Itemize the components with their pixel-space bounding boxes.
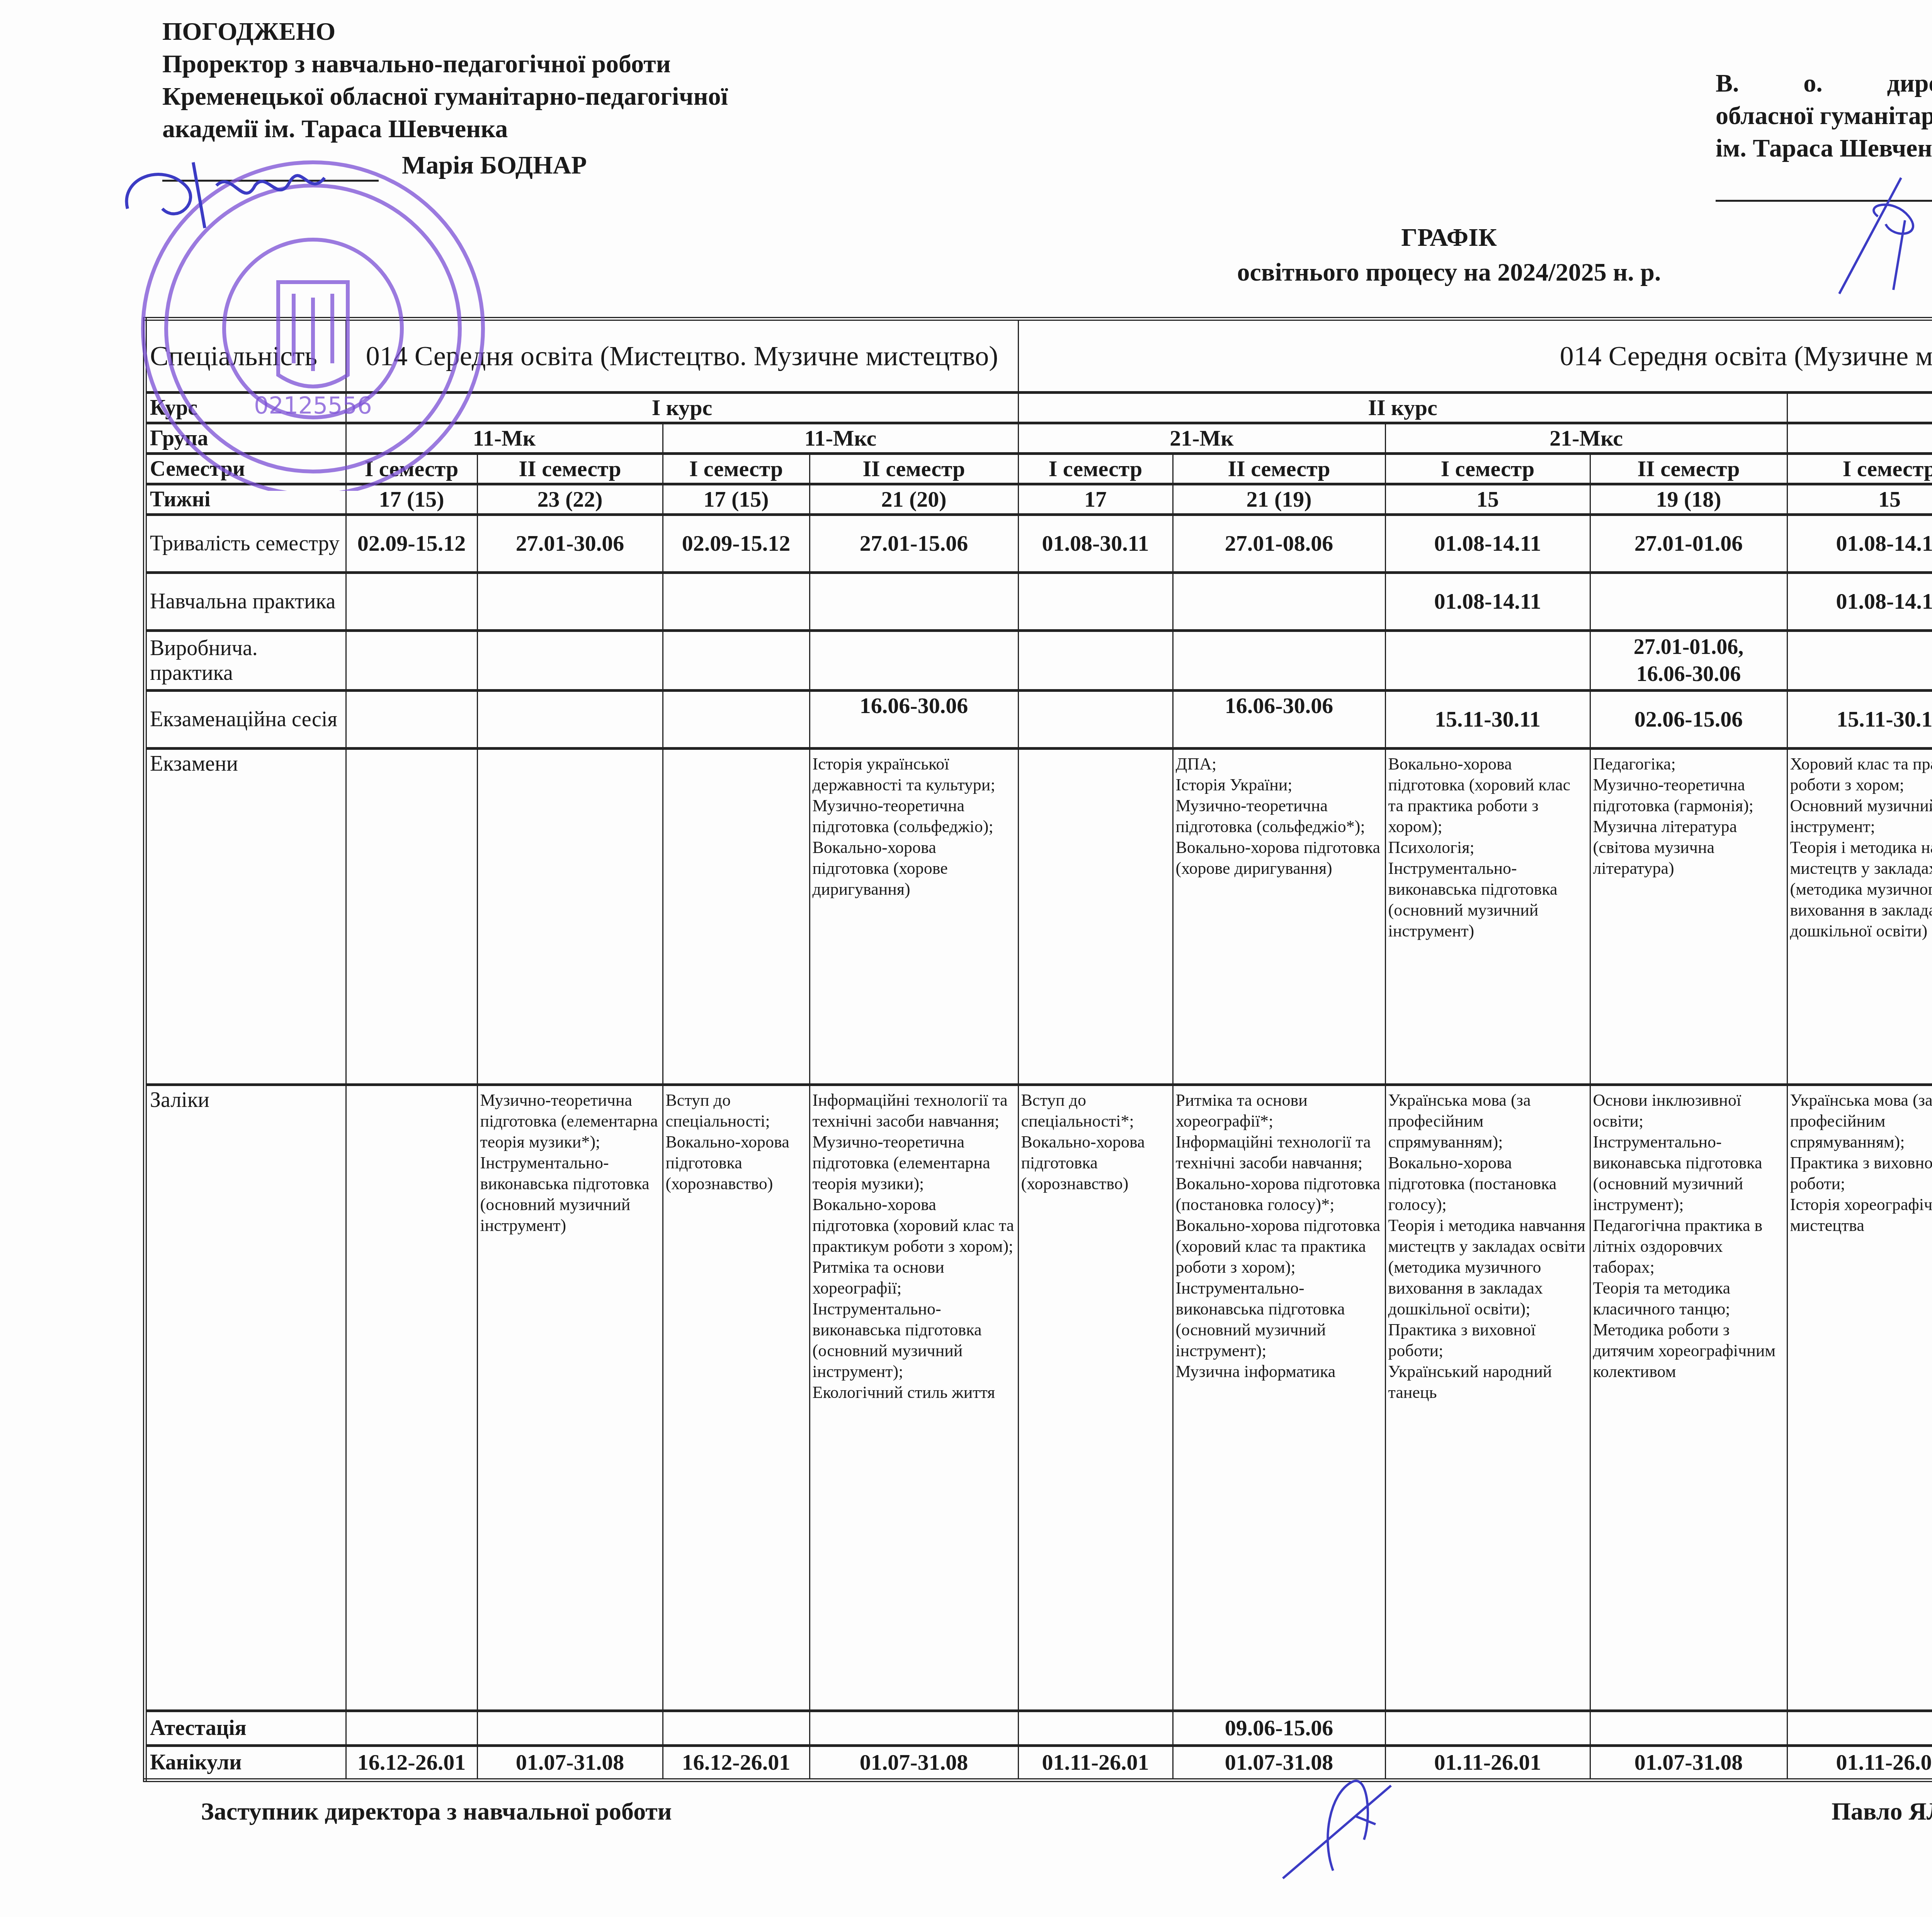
exam-session-cell xyxy=(1018,690,1173,748)
prod-practice-cell xyxy=(1018,630,1173,690)
signature-icon xyxy=(1275,1770,1414,1886)
credits-cell: Інформаційні технології та технічні засо… xyxy=(810,1084,1018,1711)
weeks-cell: 21 (19) xyxy=(1173,484,1385,514)
duration-cell: 02.09-15.12 xyxy=(663,514,810,572)
row-prod-practice: Виробнича. практика 27.01-01.06, 16.06-3… xyxy=(145,630,1932,690)
credits-cell: Українська мова (за професійним спрямува… xyxy=(1787,1084,1932,1711)
credits-cell: Ритміка та основи хореографії*; Інформац… xyxy=(1173,1084,1385,1711)
edu-practice-cell: 01.08-14.11 xyxy=(1787,572,1932,630)
schedule-table: Спеціальність 014 Середня освіта (Мистец… xyxy=(143,317,1932,1782)
row-label: Екзаменаційна сесія xyxy=(145,690,346,748)
attestation-cell xyxy=(477,1711,663,1745)
course-cell: ІІ курс xyxy=(1018,392,1787,423)
weeks-cell: 17 (15) xyxy=(663,484,810,514)
credits-cell xyxy=(346,1084,477,1711)
attestation-cell: 09.06-15.06 xyxy=(1173,1711,1385,1745)
course-cell: І курс xyxy=(346,392,1018,423)
approval-heading: ЗАТВЕРДЖУЮ xyxy=(1716,35,1932,67)
prod-practice-cell xyxy=(1787,630,1932,690)
semester-cell: ІІ семестр xyxy=(810,453,1018,484)
attestation-cell xyxy=(1385,1711,1590,1745)
row-label: Тривалість семестру xyxy=(145,514,346,572)
attestation-cell xyxy=(1018,1711,1173,1745)
approval-line: академії ім. Тараса Шевченка xyxy=(162,113,974,145)
row-exam-session: Екзаменаційна сесія 16.06-30.0616.06-30.… xyxy=(145,690,1932,748)
row-label: Виробнича. практика xyxy=(145,630,346,690)
signature-line xyxy=(162,180,379,182)
semester-cell: ІІ семестр xyxy=(1173,453,1385,484)
semester-cell: ІІ семестр xyxy=(477,453,663,484)
exam-session-cell: 16.06-30.06 xyxy=(810,690,1018,748)
group-cell: 31-Мк xyxy=(1787,423,1932,453)
attestation-cell xyxy=(663,1711,810,1745)
exams-cell xyxy=(663,748,810,1084)
approval-block-left: ПОГОДЖЕНО Проректор з навчально-педагогі… xyxy=(162,15,974,182)
weeks-cell: 17 xyxy=(1018,484,1173,514)
row-weeks: Тижні 17 (15)23 (22)17 (15)21 (20)1721 (… xyxy=(145,484,1932,514)
document-title: ГРАФІК освітнього процесу на 2024/2025 н… xyxy=(947,220,1932,290)
course-cell: ІІІ курс xyxy=(1787,392,1932,423)
exams-cell xyxy=(346,748,477,1084)
attestation-cell xyxy=(810,1711,1018,1745)
weeks-cell: 19 (18) xyxy=(1590,484,1787,514)
edu-practice-cell xyxy=(1173,572,1385,630)
row-label: Спеціальність xyxy=(145,319,346,392)
holidays-cell: 01.11-26.01 xyxy=(1018,1745,1173,1780)
group-cell: 11-Мкс xyxy=(663,423,1018,453)
exams-cell: Історія української державності та культ… xyxy=(810,748,1018,1084)
attestation-cell xyxy=(1590,1711,1787,1745)
row-label: Екзамени xyxy=(145,748,346,1084)
footer-position: Заступник директора з навчальної роботи xyxy=(201,1797,672,1826)
holidays-cell: 01.07-31.08 xyxy=(1173,1745,1385,1780)
edu-practice-cell xyxy=(346,572,477,630)
row-course: Курс І курс ІІ курс ІІІ курс IV курс xyxy=(145,392,1932,423)
exam-session-cell xyxy=(477,690,663,748)
edu-practice-cell xyxy=(1590,572,1787,630)
row-edu-practice: Навчальна практика 01.08-14.1101.08-14.1… xyxy=(145,572,1932,630)
row-duration: Тривалість семестру 02.09-15.1227.01-30.… xyxy=(145,514,1932,572)
exam-session-cell xyxy=(346,690,477,748)
exams-cell xyxy=(477,748,663,1084)
approval-heading: ПОГОДЖЕНО xyxy=(162,15,974,48)
exam-session-cell: 02.06-15.06 xyxy=(1590,690,1787,748)
semester-cell: І семестр xyxy=(663,453,810,484)
exam-session-cell: 16.06-30.06 xyxy=(1173,690,1385,748)
exam-session-cell: 15.11-30.11 xyxy=(1787,690,1932,748)
prod-practice-cell xyxy=(1385,630,1590,690)
specialty-cell: 014 Середня освіта (Музичне мистецтво) xyxy=(1018,319,1932,392)
semester-cell: І семестр xyxy=(346,453,477,484)
approval-line: Проректор з навчально-педагогічної робот… xyxy=(162,48,974,80)
duration-cell: 27.01-15.06 xyxy=(810,514,1018,572)
prod-practice-cell xyxy=(346,630,477,690)
footer-name: Павло ЯЛОВСЬКИЙ xyxy=(1832,1797,1932,1826)
signature-line xyxy=(1716,200,1932,202)
prod-practice-cell xyxy=(663,630,810,690)
row-label: Канікули xyxy=(145,1745,346,1780)
holidays-cell: 01.11-26.01 xyxy=(1385,1745,1590,1780)
approval-line: В. о. директора Фахового коледжу Кремене… xyxy=(1716,67,1932,100)
title-main: ГРАФІК xyxy=(947,220,1932,255)
exams-cell: ДПА; Історія України; Музично-теоретична… xyxy=(1173,748,1385,1084)
holidays-cell: 01.07-31.08 xyxy=(477,1745,663,1780)
signatory-name: Марія БОДНАР xyxy=(402,151,587,179)
duration-cell: 01.08-14.11 xyxy=(1787,514,1932,572)
weeks-cell: 17 (15) xyxy=(346,484,477,514)
holidays-cell: 01.11-26.01 xyxy=(1787,1745,1932,1780)
approval-block-right: ЗАТВЕРДЖУЮ В. о. директора Фахового коле… xyxy=(1716,35,1932,202)
weeks-cell: 15 xyxy=(1385,484,1590,514)
exam-session-cell: 15.11-30.11 xyxy=(1385,690,1590,748)
credits-cell: Українська мова (за професійним спрямува… xyxy=(1385,1084,1590,1711)
exams-cell: Хоровий клас та практика роботи з хором;… xyxy=(1787,748,1932,1084)
title-sub: освітнього процесу на 2024/2025 н. р. xyxy=(947,255,1932,290)
holidays-cell: 01.07-31.08 xyxy=(1590,1745,1787,1780)
approval-line: ім. Тараса Шевченка xyxy=(1716,132,1932,165)
row-label: Курс xyxy=(145,392,346,423)
exams-cell: Педагогіка; Музично-теоретична підготовк… xyxy=(1590,748,1787,1084)
row-label: Тижні xyxy=(145,484,346,514)
weeks-cell: 23 (22) xyxy=(477,484,663,514)
edu-practice-cell xyxy=(477,572,663,630)
duration-cell: 27.01-30.06 xyxy=(477,514,663,572)
row-group: Група 11-Мк 11-Мкс 21-Мк 21-Мкс 31-Мк 41… xyxy=(145,423,1932,453)
duration-cell: 02.09-15.12 xyxy=(346,514,477,572)
row-label: Навчальна практика xyxy=(145,572,346,630)
row-label: Група xyxy=(145,423,346,453)
attestation-cell xyxy=(1787,1711,1932,1745)
row-label: Заліки xyxy=(145,1084,346,1711)
row-label: Семестри xyxy=(145,453,346,484)
holidays-cell: 16.12-26.01 xyxy=(346,1745,477,1780)
duration-cell: 01.08-14.11 xyxy=(1385,514,1590,572)
credits-cell: Вступ до спеціальності; Вокально-хорова … xyxy=(663,1084,810,1711)
row-specialty: Спеціальність 014 Середня освіта (Мистец… xyxy=(145,319,1932,392)
edu-practice-cell xyxy=(810,572,1018,630)
weeks-cell: 21 (20) xyxy=(810,484,1018,514)
weeks-cell: 15 xyxy=(1787,484,1932,514)
row-exams: Екзамени Історія української державності… xyxy=(145,748,1932,1084)
exams-cell: Вокально-хорова підготовка (хоровий клас… xyxy=(1385,748,1590,1084)
edu-practice-cell: 01.08-14.11 xyxy=(1385,572,1590,630)
row-credits: Заліки Музично-теоретична підготовка (ел… xyxy=(145,1084,1932,1711)
duration-cell: 01.08-30.11 xyxy=(1018,514,1173,572)
duration-cell: 27.01-01.06 xyxy=(1590,514,1787,572)
row-attestation: Атестація 09.06-15.0616.06-30.06 xyxy=(145,1711,1932,1745)
specialty-cell: 014 Середня освіта (Мистецтво. Музичне м… xyxy=(346,319,1018,392)
prod-practice-cell xyxy=(477,630,663,690)
row-label: Атестація xyxy=(145,1711,346,1745)
holidays-cell: 16.12-26.01 xyxy=(663,1745,810,1780)
exams-cell xyxy=(1018,748,1173,1084)
semester-cell: І семестр xyxy=(1787,453,1932,484)
holidays-cell: 01.07-31.08 xyxy=(810,1745,1018,1780)
semester-cell: І семестр xyxy=(1018,453,1173,484)
prod-practice-cell: 27.01-01.06, 16.06-30.06 xyxy=(1590,630,1787,690)
credits-cell: Музично-теоретична підготовка (елементар… xyxy=(477,1084,663,1711)
semester-cell: І семестр xyxy=(1385,453,1590,484)
credits-cell: Вступ до спеціальності*; Вокально-хорова… xyxy=(1018,1084,1173,1711)
group-cell: 21-Мкс xyxy=(1385,423,1787,453)
credits-cell: Основи інклюзивної освіти; Інструменталь… xyxy=(1590,1084,1787,1711)
prod-practice-cell xyxy=(1173,630,1385,690)
group-cell: 11-Мк xyxy=(346,423,663,453)
row-holidays: Канікули 16.12-26.0101.07-31.0816.12-26.… xyxy=(145,1745,1932,1780)
semester-cell: ІІ семестр xyxy=(1590,453,1787,484)
exam-session-cell xyxy=(663,690,810,748)
prod-practice-cell xyxy=(810,630,1018,690)
edu-practice-cell xyxy=(1018,572,1173,630)
duration-cell: 27.01-08.06 xyxy=(1173,514,1385,572)
edu-practice-cell xyxy=(663,572,810,630)
row-semesters: Семестри І семестрІІ семестрІ семестрІІ … xyxy=(145,453,1932,484)
attestation-cell xyxy=(346,1711,477,1745)
approval-line: Кременецької обласної гуманітарно-педаго… xyxy=(162,80,974,113)
group-cell: 21-Мк xyxy=(1018,423,1385,453)
approval-line: обласної гуманітарно-педагогічної академ… xyxy=(1716,100,1932,132)
